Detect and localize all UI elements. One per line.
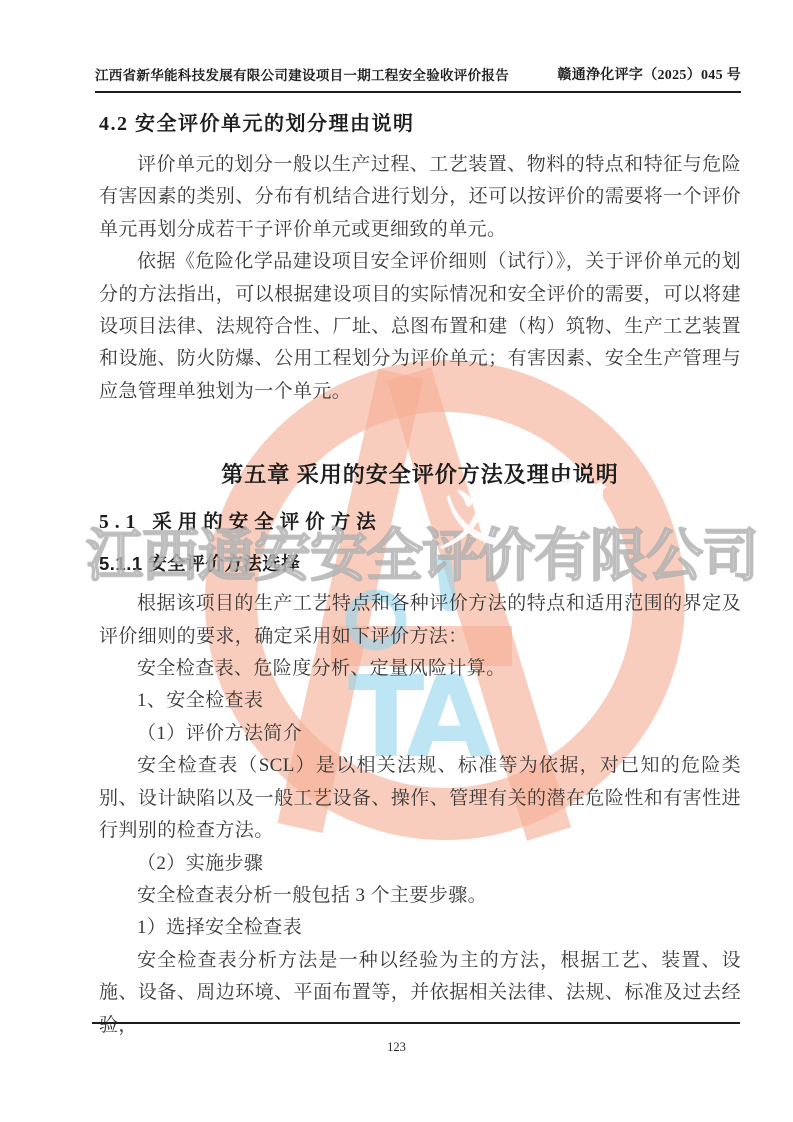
header-document-number: 赣通浄化评字（2025）045 号: [557, 64, 741, 84]
document-page: TA 江西省新华能科技发展有限公司建设项目一期工程安全验收评价报告 赣通浄化评字…: [0, 0, 793, 1122]
list-item-paragraph: （1）评价方法简介: [99, 718, 741, 750]
document-body: 4.2 安全评价单元的划分理由说明 评价单元的划分一般以生产过程、工艺装置、物料…: [99, 101, 741, 1042]
paragraph: 依据《危险化学品建设项目安全评价细则（试行）》，关于评价单元的划分的方法指出，可…: [99, 246, 741, 408]
paragraph: 安全检查表分析方法是一种以经验为主的方法，根据工艺、装置、设施、设备、周边环境、…: [99, 945, 741, 1042]
footer-rule: [92, 1022, 740, 1024]
section-4-2-heading: 4.2 安全评价单元的划分理由说明: [99, 109, 741, 139]
paragraph: 安全检查表分析一般包括 3 个主要步骤。: [99, 880, 741, 912]
paragraph: 安全检查表（SCL）是以相关法规、标准等为依据，对已知的危险类别、设计缺陷以及一…: [99, 750, 741, 847]
list-item-paragraph: （2）实施步骤: [99, 848, 741, 880]
paragraph: 评价单元的划分一般以生产过程、工艺装置、物料的特点和特征与危险有害因素的类别、分…: [99, 149, 741, 246]
section-5-1-heading: 5.1 采用的安全评价方法: [99, 509, 741, 536]
page-header: 江西省新华能科技发展有限公司建设项目一期工程安全验收评价报告 赣通浄化评字（20…: [95, 64, 741, 93]
chapter-5-heading: 第五章 采用的安全评价方法及理由说明: [99, 458, 741, 492]
section-5-1-1-heading: 5.1.1 安全评价方法选择: [99, 552, 741, 576]
list-item-paragraph: 1、安全检查表: [99, 685, 741, 717]
list-item-paragraph: 1）选择安全检查表: [99, 912, 741, 944]
paragraph: 根据该项目的生产工艺特点和各种评价方法的特点和适用范围的界定及评价细则的要求，确…: [99, 588, 741, 653]
paragraph: 安全检查表、危险度分析、定量风险计算。: [99, 653, 741, 685]
page-number: 123: [0, 1040, 793, 1055]
header-report-title: 江西省新华能科技发展有限公司建设项目一期工程安全验收评价报告: [95, 64, 509, 84]
